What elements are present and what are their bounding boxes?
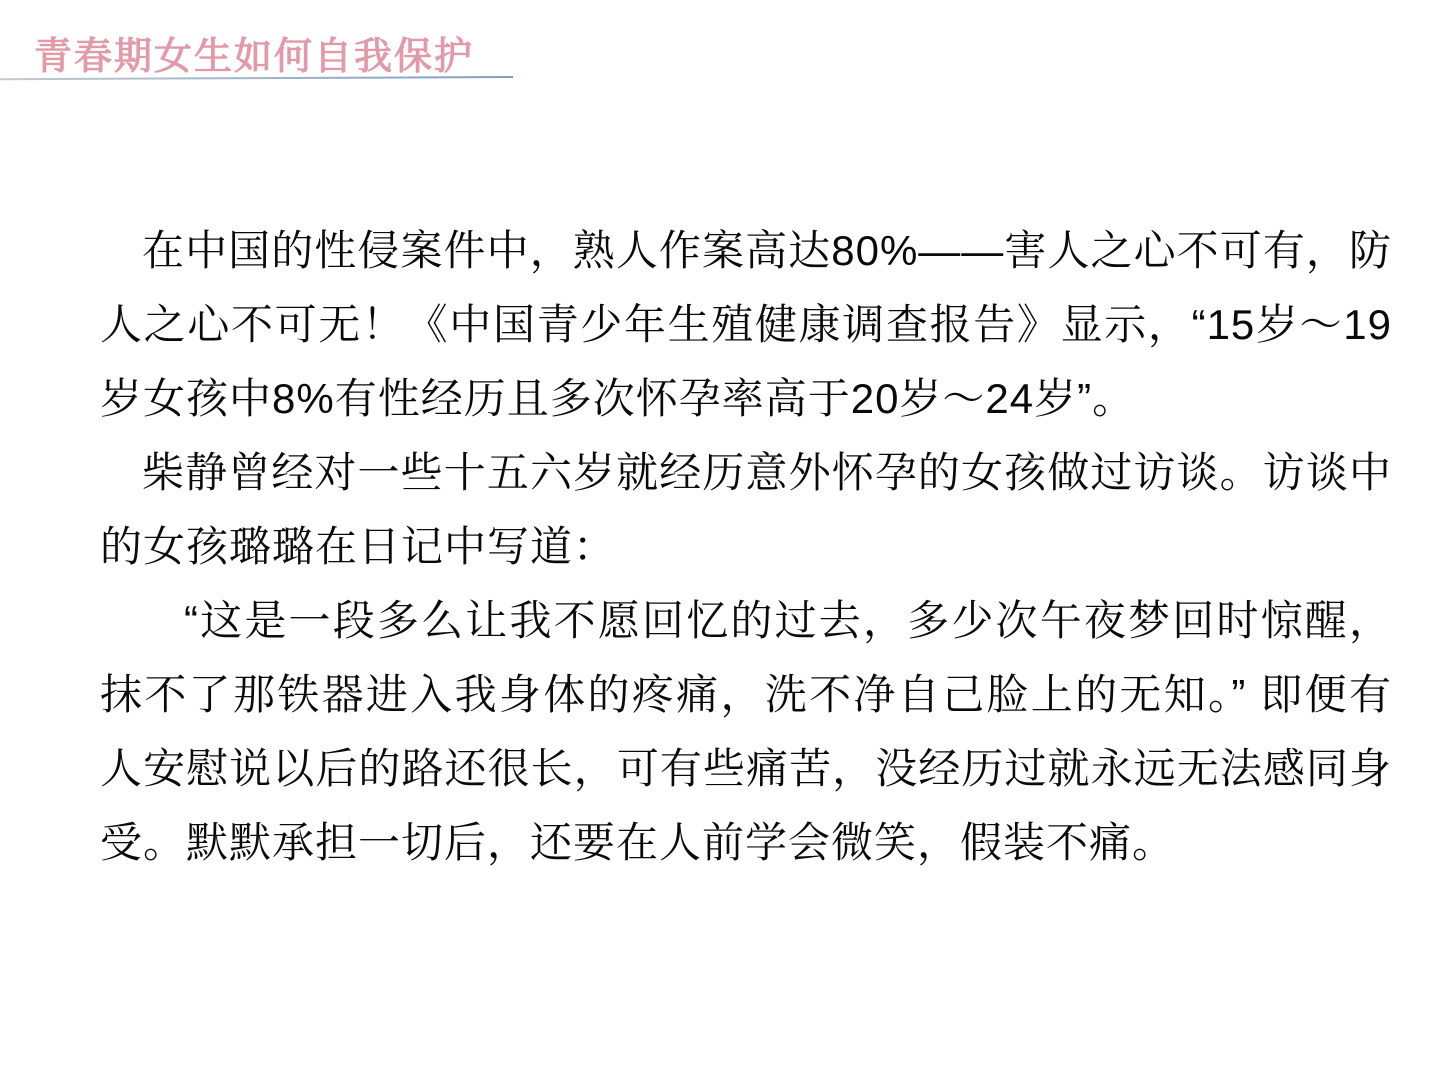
page-title: 青春期女生如何自我保护: [34, 25, 474, 80]
paragraph-interview-intro: 柴静曾经对一些十五六岁就经历意外怀孕的女孩做过访谈。访谈中的女孩璐璐在日记中写道…: [100, 436, 1392, 584]
paragraph-statistics: 在中国的性侵案件中，熟人作案高达80%——害人之心不可有，防人之心不可无！《中国…: [100, 214, 1392, 436]
paragraph-diary-quote: “这是一段多么让我不愿回忆的过去，多少次午夜梦回时惊醒，抹不了那铁器进入我身体的…: [100, 584, 1392, 880]
content-area: 在中国的性侵案件中，熟人作案高达80%——害人之心不可有，防人之心不可无！《中国…: [100, 214, 1392, 880]
slide: 青春期女生如何自我保护 在中国的性侵案件中，熟人作案高达80%——害人之心不可有…: [0, 0, 1440, 1080]
